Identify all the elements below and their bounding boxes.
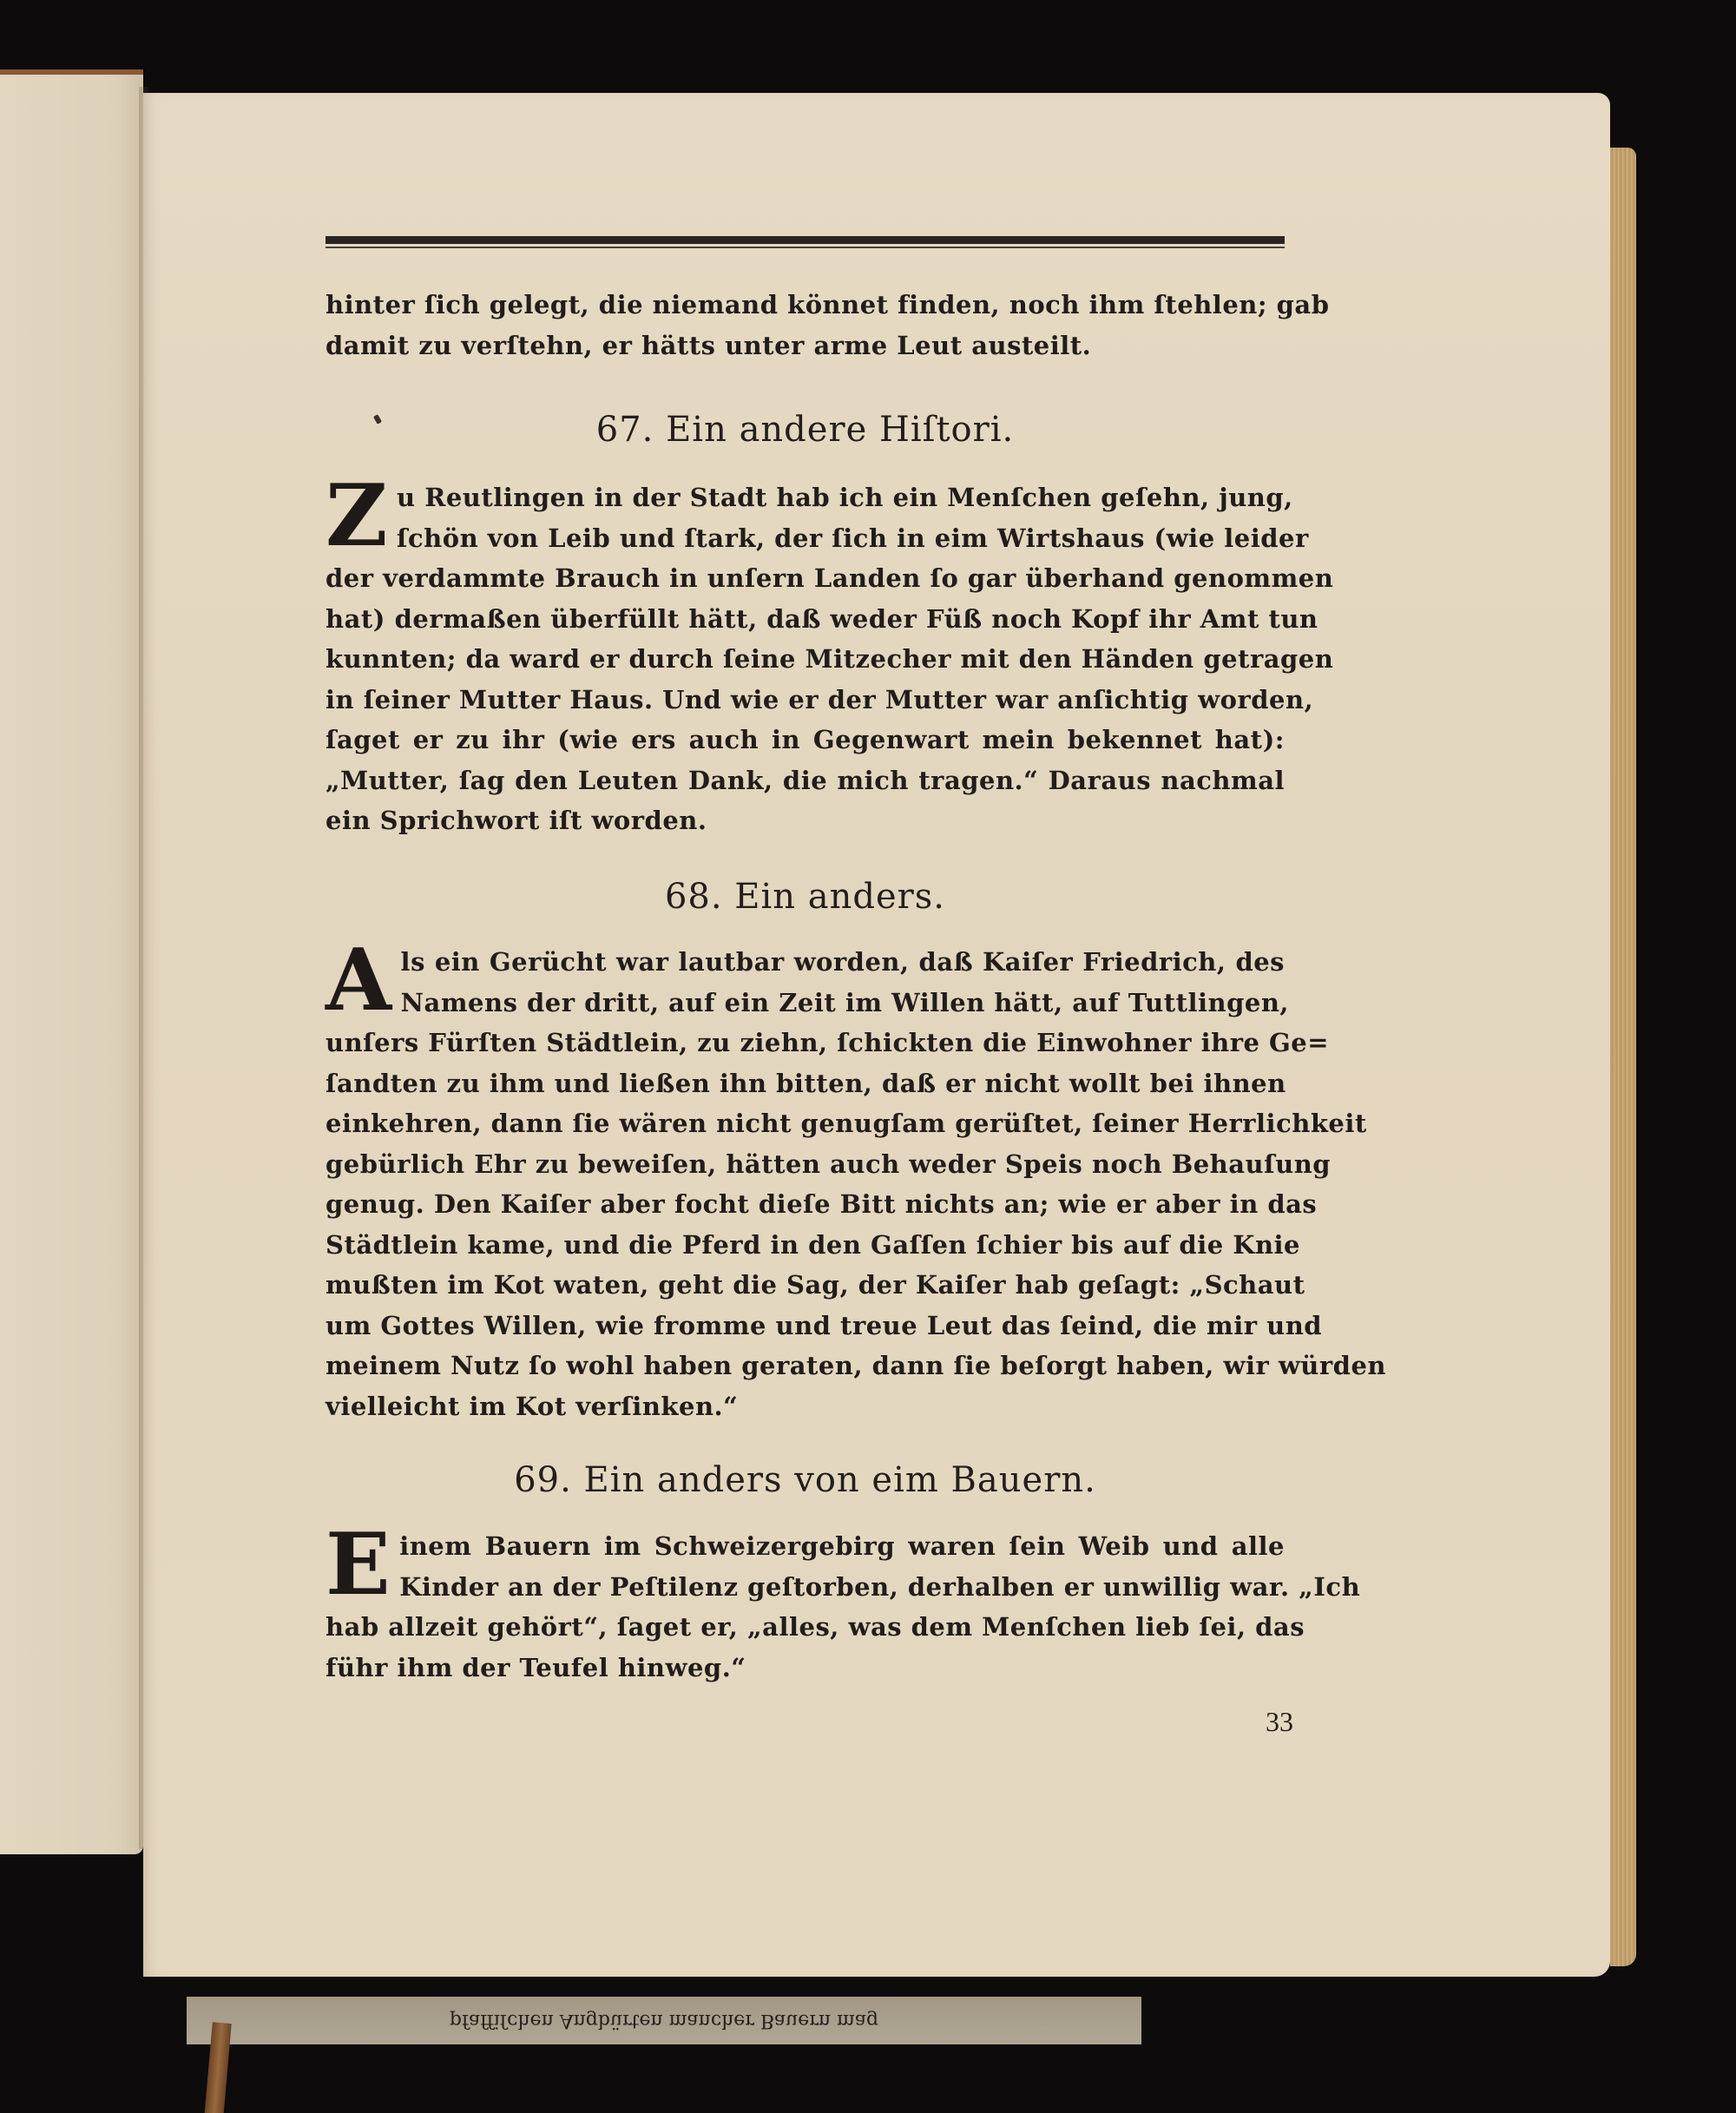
text-line: ein Sprichwort iſt worden. — [325, 800, 1285, 841]
text-line: der verdammte Brauch in unſern Landen ſo… — [325, 558, 1285, 599]
text-line: führ ihm der Teufel hinweg.“ — [325, 1648, 1285, 1688]
text-line: um Gottes Willen, wie fromme und treue L… — [325, 1306, 1285, 1346]
text-line: mußten im Kot waten, geht die Sag, der K… — [325, 1265, 1285, 1306]
text-line: hinter ſich gelegt, die niemand könnet f… — [325, 285, 1285, 326]
intro-paragraph: hinter ſich gelegt, die niemand könnet f… — [325, 285, 1285, 365]
section-heading-68: 68. Ein anders. — [325, 877, 1285, 917]
text-line: einkehren, dann ſie wären nicht genugſam… — [325, 1103, 1285, 1144]
text-line: hab allzeit gehört“, ſaget er, „alles, w… — [325, 1607, 1285, 1648]
section-heading-67: 67. Ein andere Hiſtori. — [325, 410, 1285, 450]
text-line: ls ein Gerücht war lautbar worden, daß K… — [325, 942, 1285, 983]
text-line: u Reutlingen in der Stadt hab ich ein Me… — [325, 477, 1285, 518]
text-line: inem Bauern im Schweizergebirg waren ſei… — [325, 1526, 1285, 1567]
section-body-67: Z u Reutlingen in der Stadt hab ich ein … — [325, 477, 1285, 841]
dropcap-letter: Z — [325, 479, 388, 554]
text-line: ſandten zu ihm und ließen ihn bitten, da… — [325, 1063, 1285, 1104]
section-body-68: A ls ein Gerücht war lautbar worden, daß… — [325, 942, 1285, 1426]
text-line: unſers Fürſten Städtlein, zu ziehn, ſchi… — [325, 1023, 1285, 1063]
text-line: „Mutter, ſag den Leuten Dank, die mich t… — [325, 760, 1285, 801]
text-line: gebürlich Ehr zu beweiſen, hätten auch w… — [325, 1144, 1285, 1185]
left-page-edge — [0, 69, 143, 1854]
text-line: ſaget er zu ihr (wie ers auch in Gegenwa… — [325, 720, 1285, 760]
text-line: ſchön von Leib und ſtark, der ſich in ei… — [325, 518, 1285, 559]
section-heading-69: 69. Ein anders von eim Bauern. — [325, 1460, 1285, 1500]
page-block-edge — [1610, 148, 1636, 1966]
text-line: genug. Den Kaiſer aber focht dieſe Bitt … — [325, 1184, 1285, 1225]
text-line: Kinder an der Peſtilenz geſtorben, derha… — [325, 1567, 1285, 1608]
dropcap-letter: E — [325, 1528, 391, 1603]
text-line: vielleicht im Kot verſinken.“ — [325, 1386, 1285, 1427]
section-body-69: E inem Bauern im Schweizergebirg waren ſ… — [325, 1526, 1285, 1688]
text-line: kunnten; da ward er durch ſeine Mitzeche… — [325, 639, 1285, 680]
torn-paper-strip: pfaffiſchen Angbürten mancher Bauern mag — [187, 1997, 1141, 2044]
text-line: meinem Nutz ſo wohl haben geraten, dann … — [325, 1346, 1285, 1386]
dropcap-letter: A — [325, 944, 392, 1018]
text-line: damit zu verſtehn, er hätts unter arme L… — [325, 326, 1285, 366]
text-line: Städtlein kame, und die Pferd in den Gaſ… — [325, 1225, 1285, 1266]
text-line: hat) dermaßen überfüllt hätt, daß weder … — [325, 599, 1285, 640]
text-line: in ſeiner Mutter Haus. Und wie er der Mu… — [325, 680, 1285, 721]
page-number: 33 — [1241, 1706, 1293, 1738]
header-rule-thin — [325, 247, 1285, 248]
header-rule-thick — [325, 236, 1285, 244]
text-line: Namens der dritt, auf ein Zeit im Willen… — [325, 983, 1285, 1024]
